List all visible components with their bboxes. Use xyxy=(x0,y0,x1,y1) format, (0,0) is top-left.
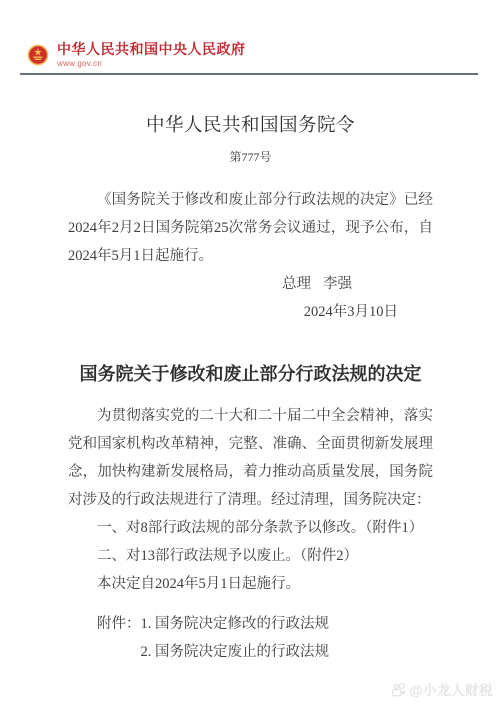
watermark-text: @小龙人财税 xyxy=(409,679,493,699)
decree-body-paragraph: 《国务院关于修改和废止部分行政法规的决定》已经2024年2月2日国务院第25次常… xyxy=(68,186,433,270)
gov-brand-text: 中华人民共和国中央人民政府 www.gov.cn xyxy=(57,42,246,68)
effective-date-line: 本决定自2024年5月1日起施行。 xyxy=(68,570,433,598)
decision-item-1: 一、对8部行政法规的部分条款予以修改。（附件1） xyxy=(68,514,433,542)
decree-page: 中华人民共和国中央人民政府 www.gov.cn 中华人民共和国国务院令 第77… xyxy=(0,0,500,707)
sign-date: 2024年3月10日 xyxy=(68,298,433,326)
attachment-item-1: 1. 国务院决定修改的行政法规 xyxy=(141,616,330,632)
national-emblem-icon xyxy=(27,44,49,66)
attachment-item-2: 2. 国务院决定废止的行政法规 xyxy=(141,638,434,666)
decision-item-2: 二、对13部行政法规予以废止。（附件2） xyxy=(68,542,433,570)
attachments-line-1: 附件：1. 国务院决定修改的行政法规 xyxy=(68,610,433,638)
decree-title: 中华人民共和国国务院令 xyxy=(68,115,433,137)
gov-brand-link[interactable]: 中华人民共和国中央人民政府 www.gov.cn xyxy=(27,42,246,68)
decision-intro-paragraph: 为贯彻落实党的二十大和二十届二中全会精神，落实党和国家机构改革精神，完整、准确、… xyxy=(68,402,433,514)
gov-header: 中华人民共和国中央人民政府 www.gov.cn xyxy=(0,0,500,75)
attachments-label: 附件： xyxy=(97,616,141,632)
watermark: @小龙人财税 xyxy=(391,679,493,699)
site-url: www.gov.cn xyxy=(57,59,246,68)
site-title: 中华人民共和国中央人民政府 xyxy=(57,42,246,57)
signer-title: 总理 xyxy=(282,276,311,292)
decree-document: 中华人民共和国国务院令 第777号 《国务院关于修改和废止部分行政法规的决定》已… xyxy=(0,115,500,666)
decree-number: 第777号 xyxy=(68,150,433,164)
decision-title: 国务院关于修改和废止部分行政法规的决定 xyxy=(68,362,433,386)
signer-name: 李强 xyxy=(323,276,352,292)
signature-row: 总理李强 xyxy=(68,270,433,298)
camera-logo-icon xyxy=(391,682,406,697)
header-divider xyxy=(20,73,478,75)
